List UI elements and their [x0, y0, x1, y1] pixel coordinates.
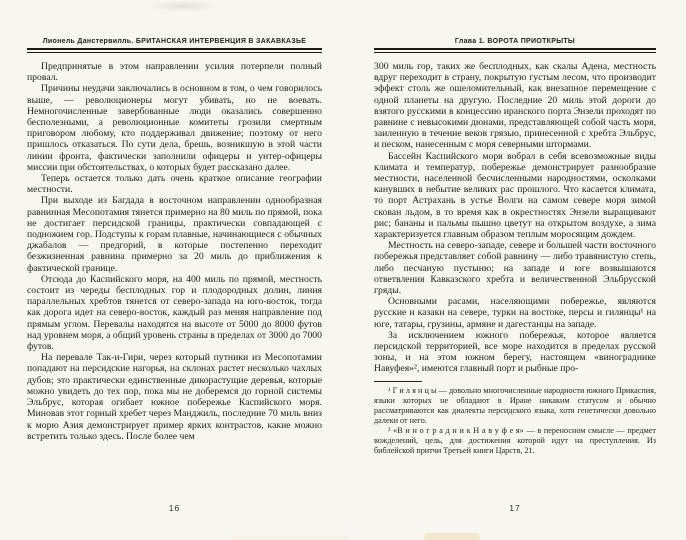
- paragraph: На перевале Так-и-Гири, через который пу…: [27, 352, 322, 442]
- paragraph: Основными расами, населяющими побережье,…: [374, 296, 656, 330]
- page-left: Лионель Данстервилль. БРИТАНСКАЯ ИНТЕРВЕ…: [27, 0, 322, 540]
- paragraph: При выходе из Багдада в восточном направ…: [27, 195, 322, 273]
- header-rule-left: [27, 48, 322, 53]
- footnote: ² «В и н о г р а д н и к Н а в у ф е я» …: [374, 426, 656, 456]
- paragraph: Теперь остается только дать очень кратко…: [27, 173, 322, 195]
- paragraph: Бассейн Каспийского моря вобрал в себя в…: [374, 151, 656, 241]
- paragraph: Предпринятые в этом направлении усилия п…: [27, 61, 322, 83]
- paragraph: Местность на северо-западе, севере и бол…: [374, 240, 656, 296]
- paragraph: Причины неудачи заключались в основном в…: [27, 83, 322, 173]
- page-header-left: Лионель Данстервилль. БРИТАНСКАЯ ИНТЕРВЕ…: [27, 38, 322, 53]
- page-header-right: Глава 1. ВОРОТА ПРИОТКРЫТЫ: [374, 38, 656, 53]
- book-spread-scan: Лионель Данстервилль. БРИТАНСКАЯ ИНТЕРВЕ…: [0, 0, 686, 540]
- paragraph: За исключением южного побережья, которое…: [374, 330, 656, 375]
- page-body-right: 300 миль гор, таких же бесплодных, как с…: [374, 61, 656, 456]
- footnotes-block: ¹ Г и л я н ц ы — довольно многочисленны…: [374, 386, 656, 456]
- paragraph: Отсюда до Каспийского моря, на 400 миль …: [27, 274, 322, 352]
- page-right: Глава 1. ВОРОТА ПРИОТКРЫТЫ 300 миль гор,…: [374, 0, 656, 540]
- page-number-right: 17: [374, 503, 656, 513]
- page-body-left: Предпринятые в этом направлении усилия п…: [27, 61, 322, 442]
- running-head-left: Лионель Данстервилль. БРИТАНСКАЯ ИНТЕРВЕ…: [27, 38, 322, 45]
- footnote: ¹ Г и л я н ц ы — довольно многочисленны…: [374, 386, 656, 426]
- footnote-separator: [374, 381, 422, 382]
- paragraph: 300 миль гор, таких же бесплодных, как с…: [374, 61, 656, 151]
- running-head-right: Глава 1. ВОРОТА ПРИОТКРЫТЫ: [374, 38, 656, 45]
- header-rule-right: [374, 48, 656, 53]
- page-number-left: 16: [27, 503, 322, 513]
